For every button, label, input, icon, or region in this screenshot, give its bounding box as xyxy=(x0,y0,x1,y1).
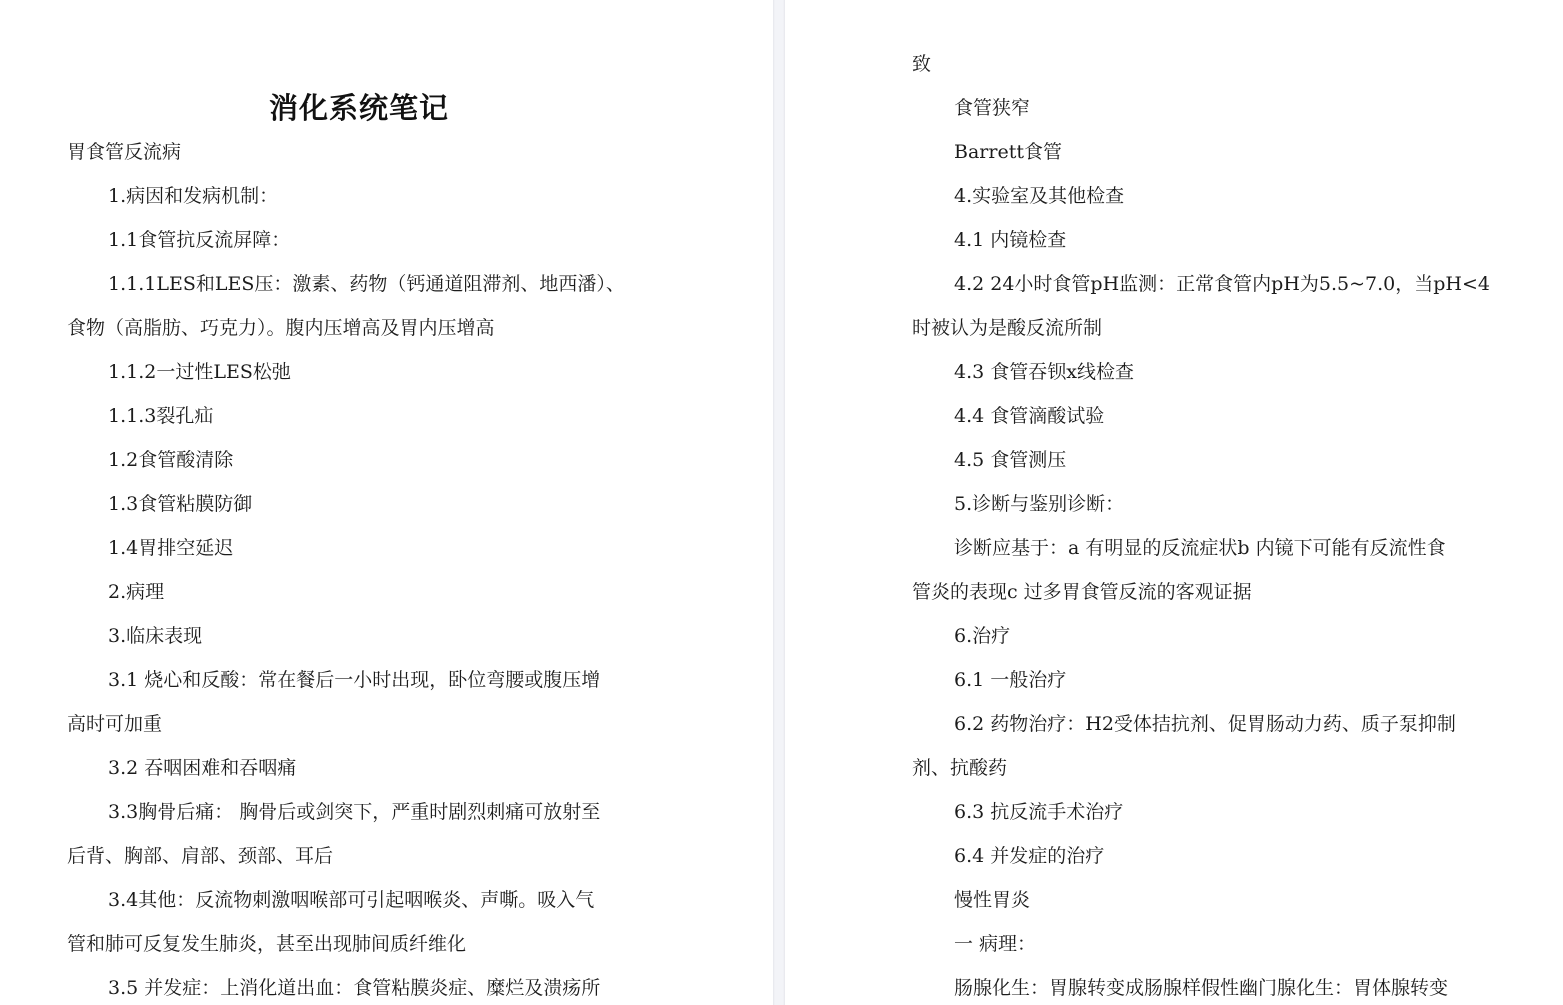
text-line: 管和肺可反复发生肺炎，甚至出现肺间质纤维化 xyxy=(67,930,466,958)
text-line: 6.2 药物治疗：H2受体拮抗剂、促胃肠动力药、质子泵抑制 xyxy=(954,710,1456,738)
document-title: 消化系统笔记 xyxy=(0,88,718,128)
text-line: 6.治疗 xyxy=(954,622,1010,650)
text-line: 一 病理： xyxy=(954,930,1036,958)
text-line: 诊断应基于：a 有明显的反流症状b 内镜下可能有反流性食 xyxy=(954,534,1446,562)
text-line: 管炎的表现c 过多胃食管反流的客观证据 xyxy=(912,578,1252,606)
text-line: 4.3 食管吞钡x线检查 xyxy=(954,358,1134,386)
text-line: 1.4胃排空延迟 xyxy=(108,534,233,562)
text-line: Barrett食管 xyxy=(954,138,1062,166)
text-line: 1.1.1LES和LES压：激素、药物（钙通道阻滞剂、地西潘）、 xyxy=(108,270,625,298)
text-line: 食物（高脂肪、巧克力）。腹内压增高及胃内压增高 xyxy=(67,314,495,342)
text-line: 4.实验室及其他检查 xyxy=(954,182,1124,210)
text-line: 剂、抗酸药 xyxy=(912,754,1007,782)
text-line: 慢性胃炎 xyxy=(954,886,1030,914)
text-line: 1.1食管抗反流屏障： xyxy=(108,226,290,254)
text-line: 4.4 食管滴酸试验 xyxy=(954,402,1104,430)
text-line: 1.3食管粘膜防御 xyxy=(108,490,252,518)
text-line: 6.3 抗反流手术治疗 xyxy=(954,798,1123,826)
text-line: 2.病理 xyxy=(108,578,164,606)
text-line: 胃食管反流病 xyxy=(67,138,181,166)
text-line: 1.1.3裂孔疝 xyxy=(108,402,213,430)
text-line: 3.2 吞咽困难和吞咽痛 xyxy=(108,754,296,782)
text-line: 3.3胸骨后痛： 胸骨后或剑突下，严重时剧烈刺痛可放射至 xyxy=(108,798,600,826)
text-line: 1.2食管酸清除 xyxy=(108,446,233,474)
text-line: 4.2 24小时食管pH监测：正常食管内pH为5.5~7.0，当pH<4 xyxy=(954,270,1490,298)
text-line: 1.1.2一过性LES松弛 xyxy=(108,358,291,386)
text-line: 3.临床表现 xyxy=(108,622,202,650)
text-line: 高时可加重 xyxy=(67,710,162,738)
text-line: 3.5 并发症：上消化道出血：食管粘膜炎症、糜烂及溃疡所 xyxy=(108,974,600,1002)
text-line: 食管狭窄 xyxy=(954,94,1030,122)
document-viewer: 消化系统笔记 胃食管反流病1.病因和发病机制：1.1食管抗反流屏障：1.1.1L… xyxy=(0,0,1563,1005)
page-left: 消化系统笔记 胃食管反流病1.病因和发病机制：1.1食管抗反流屏障：1.1.1L… xyxy=(0,0,773,1005)
text-line: 4.1 内镜检查 xyxy=(954,226,1066,254)
page-gutter xyxy=(773,0,785,1005)
text-line: 时被认为是酸反流所制 xyxy=(912,314,1102,342)
text-line: 致 xyxy=(912,50,931,78)
text-line: 后背、胸部、肩部、颈部、耳后 xyxy=(67,842,333,870)
page-right: 致食管狭窄Barrett食管4.实验室及其他检查4.1 内镜检查4.2 24小时… xyxy=(785,0,1563,1005)
text-line: 5.诊断与鉴别诊断： xyxy=(954,490,1124,518)
text-line: 1.病因和发病机制： xyxy=(108,182,278,210)
text-line: 6.1 一般治疗 xyxy=(954,666,1066,694)
text-line: 肠腺化生：胃腺转变成肠腺样假性幽门腺化生：胃体腺转变 xyxy=(954,974,1448,1002)
text-line: 3.1 烧心和反酸：常在餐后一小时出现，卧位弯腰或腹压增 xyxy=(108,666,600,694)
text-line: 6.4 并发症的治疗 xyxy=(954,842,1104,870)
text-line: 3.4其他：反流物刺激咽喉部可引起咽喉炎、声嘶。吸入气 xyxy=(108,886,594,914)
text-line: 4.5 食管测压 xyxy=(954,446,1066,474)
